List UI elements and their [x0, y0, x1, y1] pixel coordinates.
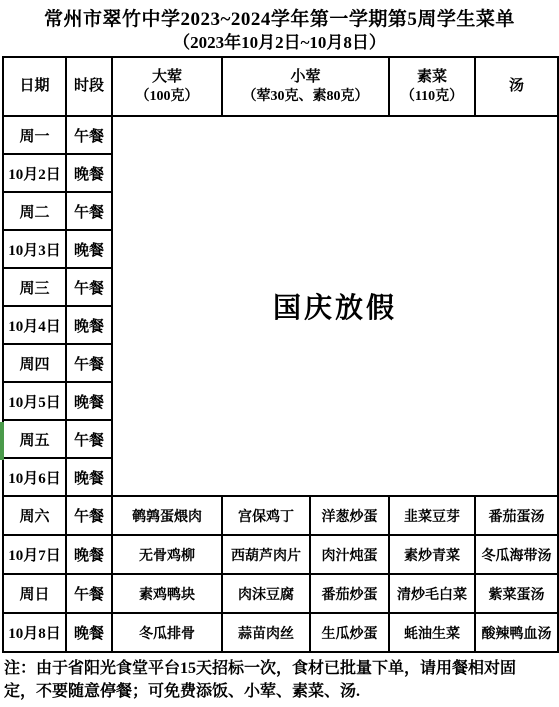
header-date: 日期: [3, 57, 66, 116]
dish-cell: 肉汁炖蛋: [310, 535, 389, 574]
date-cell: 10月5日: [3, 382, 66, 420]
dish-cell: 宫保鸡丁: [222, 496, 310, 535]
dish-cell: 洋葱炒蛋: [310, 496, 389, 535]
date-cell: 10月3日: [3, 230, 66, 268]
date-cell: 周三: [3, 268, 66, 306]
time-cell: 午餐: [66, 496, 112, 535]
dish-cell: 素鸡鸭块: [112, 574, 222, 613]
time-cell: 晚餐: [66, 230, 112, 268]
header-semi-meat-label: 小荤: [223, 68, 388, 87]
header-main-meat: 大荤 （100克）: [112, 57, 222, 116]
dish-cell: 无骨鸡柳: [112, 535, 222, 574]
dish-cell: 肉沫豆腐: [222, 574, 310, 613]
dish-cell: 冬瓜海带汤: [475, 535, 558, 574]
holiday-row: 周一 午餐 国庆放假: [3, 116, 558, 154]
date-cell: 10月7日: [3, 535, 66, 574]
dish-cell: 西葫芦肉片: [222, 535, 310, 574]
header-main-meat-label: 大荤: [113, 68, 221, 87]
time-cell: 午餐: [66, 116, 112, 154]
time-cell: 午餐: [66, 268, 112, 306]
menu-row: 周六 午餐 鹌鹑蛋煨肉 宫保鸡丁 洋葱炒蛋 韭菜豆芽 番茄蛋汤: [3, 496, 558, 535]
menu-table: 日期 时段 大荤 （100克） 小荤 （荤30克、素80克） 素菜 （110克）…: [2, 56, 559, 653]
dish-cell: 鹌鹑蛋煨肉: [112, 496, 222, 535]
time-cell: 晚餐: [66, 458, 112, 496]
header-vegetable-label: 素菜: [390, 68, 474, 87]
time-cell: 晚餐: [66, 306, 112, 344]
header-soup: 汤: [475, 57, 558, 116]
dish-cell: 冬瓜排骨: [112, 613, 222, 652]
page-title-line1: 常州市翠竹中学2023~2024学年第一学期第5周学生菜单: [0, 7, 559, 32]
header-vegetable: 素菜 （110克）: [389, 57, 475, 116]
dish-cell: 番茄炒蛋: [310, 574, 389, 613]
dish-cell: 酸辣鸭血汤: [475, 613, 558, 652]
date-cell: 周六: [3, 496, 66, 535]
date-cell: 10月8日: [3, 613, 66, 652]
dish-cell: 番茄蛋汤: [475, 496, 558, 535]
left-edge-green-marker: [0, 422, 4, 460]
date-cell: 周四: [3, 344, 66, 382]
time-cell: 午餐: [66, 192, 112, 230]
dish-cell: 紫菜蛋汤: [475, 574, 558, 613]
time-cell: 午餐: [66, 344, 112, 382]
time-cell: 晚餐: [66, 613, 112, 652]
header-vegetable-spec: （110克）: [390, 87, 474, 106]
footer-note-line2: 定，不要随意停餐；可免费添饭、小荤、素菜、汤.: [4, 680, 555, 703]
header-main-meat-spec: （100克）: [113, 87, 221, 106]
date-cell: 10月2日: [3, 154, 66, 192]
menu-row: 10月7日 晚餐 无骨鸡柳 西葫芦肉片 肉汁炖蛋 素炒青菜 冬瓜海带汤: [3, 535, 558, 574]
page-title: 常州市翠竹中学2023~2024学年第一学期第5周学生菜单 （2023年10月2…: [0, 0, 559, 54]
date-cell: 10月6日: [3, 458, 66, 496]
footer-note: 注：由于省阳光食堂平台15天招标一次，食材已批量下单，请用餐相对固 定，不要随意…: [0, 657, 559, 703]
footer-note-line1: 注：由于省阳光食堂平台15天招标一次，食材已批量下单，请用餐相对固: [4, 657, 555, 680]
header-row: 日期 时段 大荤 （100克） 小荤 （荤30克、素80克） 素菜 （110克）…: [3, 57, 558, 116]
dish-cell: 蒜苗肉丝: [222, 613, 310, 652]
header-semi-meat: 小荤 （荤30克、素80克）: [222, 57, 389, 116]
dish-cell: 韭菜豆芽: [389, 496, 475, 535]
dish-cell: 生瓜炒蛋: [310, 613, 389, 652]
header-time: 时段: [66, 57, 112, 116]
time-cell: 晚餐: [66, 535, 112, 574]
header-semi-meat-spec: （荤30克、素80克）: [223, 87, 388, 106]
date-cell: 周二: [3, 192, 66, 230]
page-title-line2: （2023年10月2日~10月8日）: [0, 32, 559, 54]
dish-cell: 清炒毛白菜: [389, 574, 475, 613]
date-cell: 周日: [3, 574, 66, 613]
time-cell: 午餐: [66, 420, 112, 458]
menu-sheet: 常州市翠竹中学2023~2024学年第一学期第5周学生菜单 （2023年10月2…: [0, 0, 559, 707]
time-cell: 午餐: [66, 574, 112, 613]
dish-cell: 素炒青菜: [389, 535, 475, 574]
date-cell: 周一: [3, 116, 66, 154]
time-cell: 晚餐: [66, 382, 112, 420]
time-cell: 晚餐: [66, 154, 112, 192]
menu-row: 周日 午餐 素鸡鸭块 肉沫豆腐 番茄炒蛋 清炒毛白菜 紫菜蛋汤: [3, 574, 558, 613]
holiday-banner: 国庆放假: [112, 116, 558, 496]
dish-cell: 蚝油生菜: [389, 613, 475, 652]
date-cell: 周五: [3, 420, 66, 458]
menu-row: 10月8日 晚餐 冬瓜排骨 蒜苗肉丝 生瓜炒蛋 蚝油生菜 酸辣鸭血汤: [3, 613, 558, 652]
date-cell: 10月4日: [3, 306, 66, 344]
